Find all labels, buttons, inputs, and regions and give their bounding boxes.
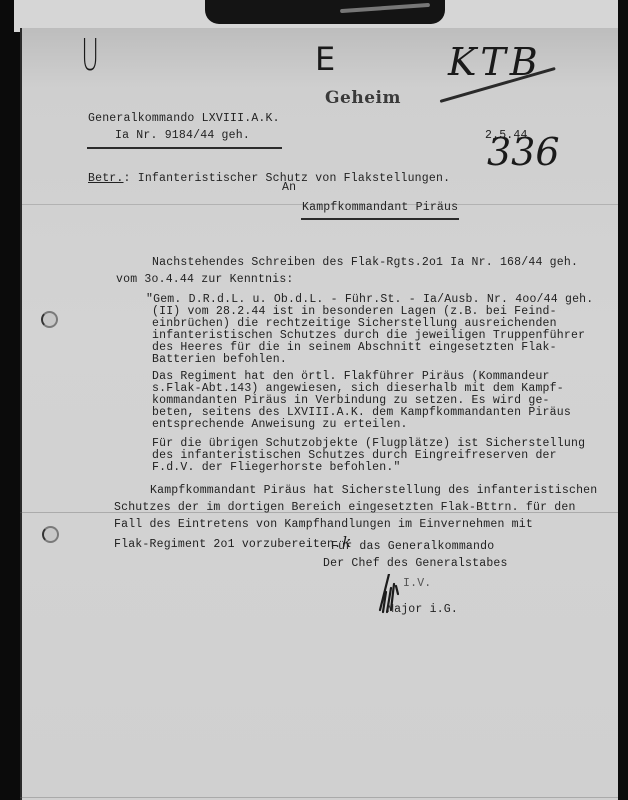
fold-line (20, 797, 618, 798)
sender-line-2: Ia Nr. 9184/44 geh. (115, 129, 250, 143)
punch-hole (42, 526, 59, 543)
quote-para-1-line: Batterien befohlen. (152, 353, 287, 367)
intro-line-1: Nachstehendes Schreiben des Flak-Rgts.2o… (152, 256, 578, 270)
classification-stamp: Geheim (325, 88, 401, 108)
recipient-prefix: An (282, 181, 296, 195)
order-para-last-line: Flak-Regiment 2o1 vorzubereiten. (114, 538, 341, 551)
recipient-name: Kampfkommandant Piräus (302, 201, 458, 215)
document-date: 2.5.44 (485, 129, 528, 143)
punch-hole (41, 311, 58, 328)
quote-para-3-line: F.d.V. der Fliegerhorste befohlen." (152, 461, 401, 475)
subject-label: Betr. (88, 172, 124, 185)
signature-line-1: Für das Generalkommando (331, 540, 494, 554)
subject-line: Betr.: Infanteristischer Schutz von Flak… (88, 172, 450, 186)
signature-rank: Major i.G. (387, 603, 458, 617)
quote-para-2-line: entsprechende Anweisung zu erteilen. (152, 418, 408, 432)
handwritten-mark-u: U (81, 30, 99, 81)
sender-line-1: Generalkommando LXVIII.A.K. (88, 112, 280, 126)
subject-separator: : (124, 172, 131, 185)
order-para-line: Flak-Regiment 2o1 vorzubereiten.k (114, 535, 351, 552)
intro-line-2: vom 3o.4.44 zur Kenntnis: (116, 273, 294, 287)
order-para-line: Kampfkommandant Piräus hat Sicherstellun… (150, 484, 597, 498)
signature-line-2: Der Chef des Generalstabes (323, 557, 508, 571)
sender-underline (87, 147, 282, 149)
order-para-line: Fall des Eintretens von Kampfhandlungen … (114, 518, 533, 532)
scan-border (618, 0, 628, 800)
signature-iv: I.V. (403, 577, 431, 591)
handwritten-mark-e: E (315, 40, 335, 78)
order-para-line: Schutzes der im dortigen Bereich eingese… (114, 501, 576, 515)
recipient-underline (301, 218, 459, 220)
